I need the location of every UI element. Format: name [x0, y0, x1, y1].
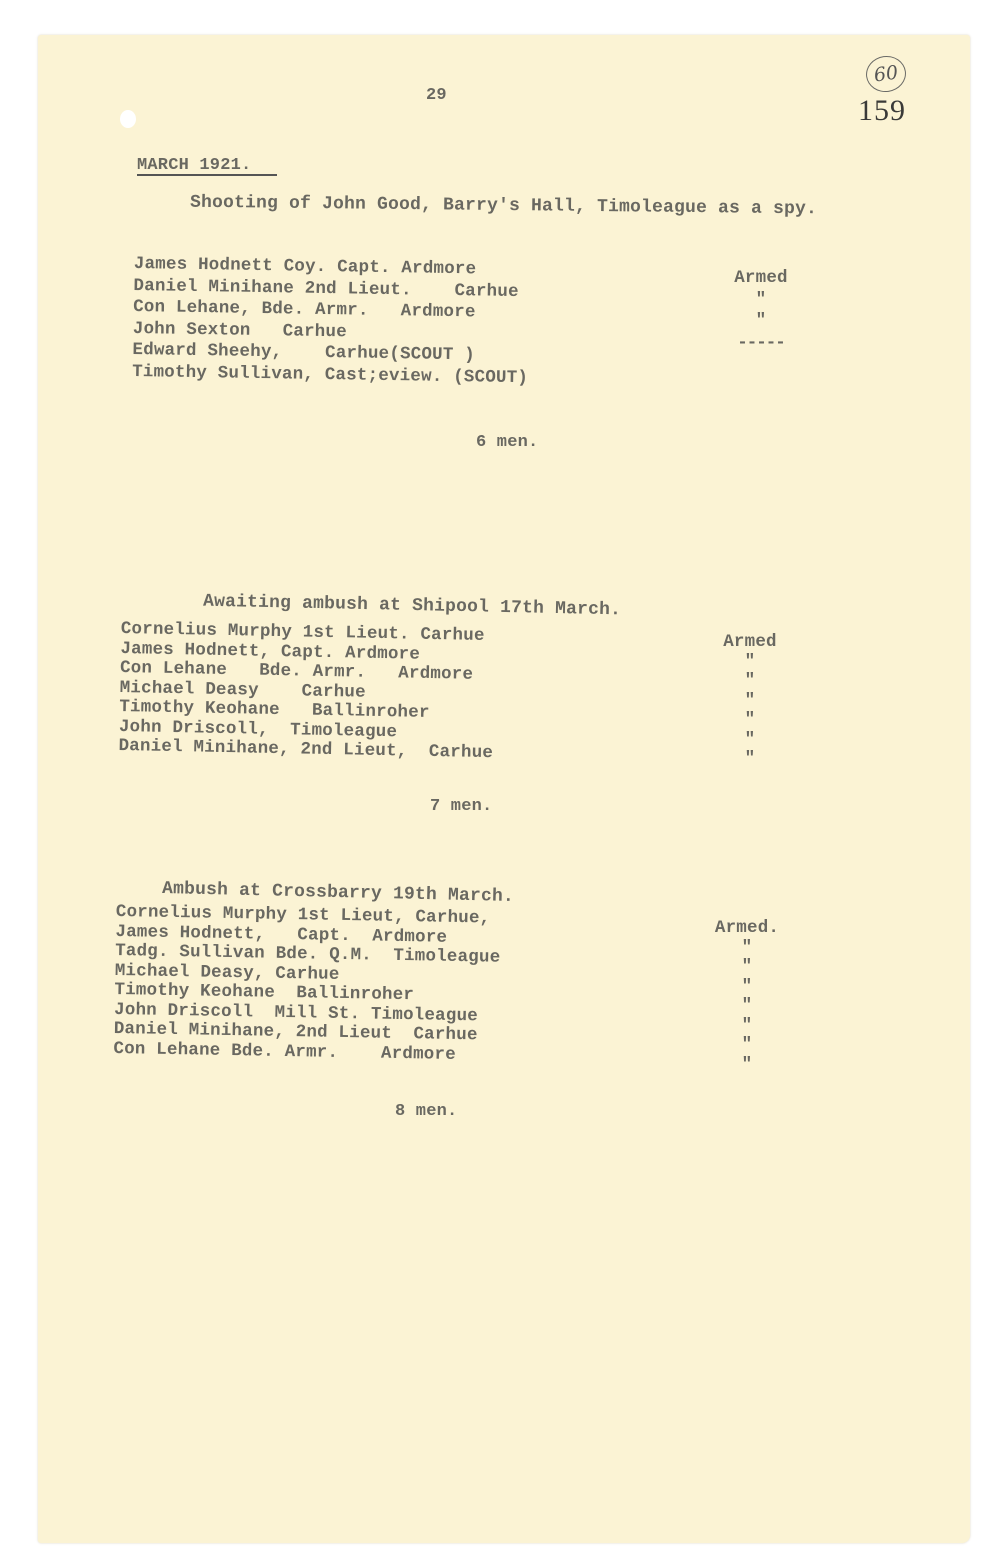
armed-status: "	[700, 749, 800, 769]
page-number: 29	[426, 86, 447, 105]
armed-status: "	[700, 652, 800, 672]
armed-status: "	[700, 691, 800, 711]
armed-status: Armed	[700, 632, 800, 652]
armed-status: "	[700, 671, 800, 691]
armed-status: "	[697, 1055, 797, 1075]
armed-status: "	[697, 957, 797, 977]
section-total: 6 men.	[476, 433, 538, 452]
armed-status: Armed	[711, 268, 811, 288]
armed-status: "	[711, 311, 811, 331]
armed-status: "	[697, 1016, 797, 1036]
document-heading: MARCH 1921.	[137, 156, 251, 175]
stamped-folio-number: 159	[858, 94, 906, 128]
heading-underline	[137, 174, 277, 176]
section-total: 8 men.	[395, 1102, 457, 1121]
armed-status: -----	[711, 333, 811, 353]
punch-hole	[120, 110, 136, 128]
armed-status: Armed.	[697, 918, 797, 938]
armed-status: "	[697, 938, 797, 958]
armed-status: "	[711, 290, 811, 310]
participant-entry: John Sexton Carhue	[133, 318, 347, 341]
armed-status: "	[697, 977, 797, 997]
armed-status: "	[697, 996, 797, 1016]
armed-status: "	[700, 710, 800, 730]
section-total: 7 men.	[430, 797, 492, 816]
armed-status: "	[697, 1035, 797, 1055]
armed-status: "	[700, 730, 800, 750]
